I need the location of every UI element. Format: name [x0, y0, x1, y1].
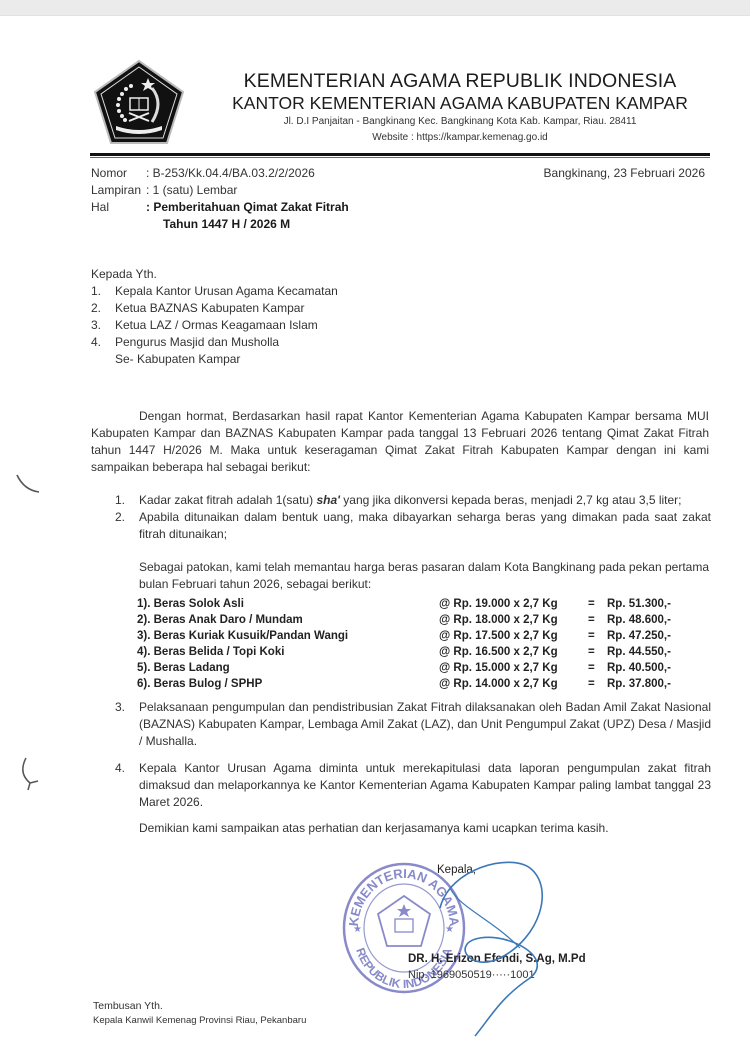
hal-value: : Pemberitahuan Qimat Zakat Fitrah: [146, 200, 349, 214]
closing-paragraph: Demikian kami sampaikan atas perhatian d…: [139, 820, 609, 837]
recipients-footer: Se- Kabupaten Kampar: [115, 351, 240, 368]
opening-paragraph: Dengan hormat, Berdasarkan hasil rapat K…: [91, 408, 709, 476]
tembusan-item: Kepala Kanwil Kemenag Provinsi Riau, Pek…: [93, 1015, 306, 1026]
hal-value-line2: Tahun 1447 H / 2026 M: [163, 217, 290, 231]
margin-mark-icon: [14, 470, 44, 500]
letterhead-address: Jl. D.I Panjaitan - Bangkinang Kec. Bang…: [200, 116, 720, 127]
nomor-value: : B-253/Kk.04.4/BA.03.2/2/2026: [146, 166, 315, 180]
point-2: 2. Apabila ditunaikan dalam bentuk uang,…: [115, 509, 711, 543]
tembusan-heading: Tembusan Yth.: [93, 1000, 163, 1012]
handwritten-signature-icon: [380, 848, 620, 1038]
place-date: Bangkinang, 23 Februari 2026: [544, 166, 705, 180]
svg-text:★: ★: [353, 924, 362, 935]
margin-mark-icon: [16, 755, 46, 791]
letterhead-website: Website : https://kampar.kemenag.go.id: [200, 132, 720, 143]
letterhead-office: KANTOR KEMENTERIAN AGAMA KABUPATEN KAMPA…: [200, 93, 720, 114]
top-bar: [0, 0, 750, 16]
letterhead-divider-thin: [90, 157, 710, 158]
lampiran-label: Lampiran: [91, 183, 141, 197]
kemenag-emblem-icon: [92, 58, 186, 146]
patokan-paragraph: Sebagai patokan, kami telah memantau har…: [139, 559, 709, 593]
nomor-label: Nomor: [91, 166, 127, 180]
lampiran-value: : 1 (satu) Lembar: [146, 183, 237, 197]
letterhead-ministry: KEMENTERIAN AGAMA REPUBLIK INDONESIA: [200, 70, 720, 93]
letterhead-divider: [90, 153, 710, 156]
point-4: 4. Kepala Kantor Urusan Agama diminta un…: [115, 760, 711, 811]
hal-label: Hal: [91, 200, 109, 214]
point-3: 3. Pelaksanaan pengumpulan dan pendistri…: [115, 699, 711, 750]
recipients-heading: Kepada Yth.: [91, 266, 157, 283]
